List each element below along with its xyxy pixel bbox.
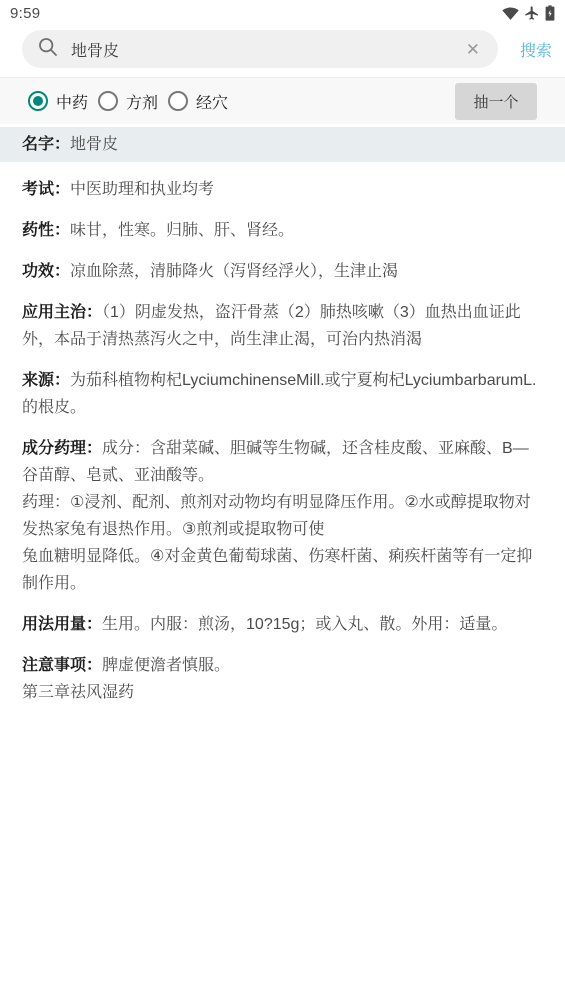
field-label: 名字： [22,136,70,153]
field-label: 药性： [22,222,70,239]
field-label: 注意事项： [22,657,102,674]
status-time: 9:59 [10,5,40,22]
radio-option-0[interactable]: 中药 [28,90,88,113]
entry-row-8: 注意事项：脾虚便澹者慎服。 第三章祛风湿药 [0,652,565,706]
field-label: 成分药理： [22,440,102,457]
radio-option-1[interactable]: 方剂 [98,90,158,113]
search-query[interactable]: 地骨皮 [71,38,464,61]
field-label: 用法用量： [22,616,102,633]
radio-selected-icon[interactable] [28,91,48,111]
entry-row-0: 名字：地骨皮 [0,127,565,162]
status-icons [502,5,555,21]
status-bar: 9:59 [0,0,565,24]
entry-row-4: 应用主治：（1）阴虚发热，盗汗骨蒸（2）肺热咳嗽（3）血热出血证此外，本品于清热… [0,299,565,353]
entry-row-7: 用法用量：生用。内服：煎汤，10?15g；或入丸、散。外用：适量。 [0,611,565,638]
radio-unselected-icon[interactable] [98,91,118,111]
field-label: 来源： [22,372,70,389]
category-radio-group: 中药方剂经穴 [28,90,455,113]
entry-row-1: 考试：中医助理和执业均考 [0,176,565,203]
clear-search-icon[interactable]: ✕ [464,41,482,58]
field-label: 功效： [22,263,70,280]
search-input[interactable]: 地骨皮 ✕ [22,30,498,68]
field-label: 应用主治： [22,304,102,321]
radio-dot [33,96,43,106]
radio-label: 方剂 [126,90,158,113]
entry-row-2: 药性：味甘，性寒。归肺、肝、肾经。 [0,217,565,244]
field-value: 地骨皮 [70,136,118,153]
radio-option-2[interactable]: 经穴 [168,90,228,113]
entry-row-5: 来源：为茄科植物枸杞LyciumchinenseMill.或宁夏枸杞Lycium… [0,367,565,421]
entry-row-3: 功效：凉血除蒸，清肺降火（泻肾经浮火），生津止渴 [0,258,565,285]
field-value: 凉血除蒸，清肺降火（泻肾经浮火），生津止渴 [70,263,398,280]
airplane-mode-icon [524,5,540,21]
field-value: 中医助理和执业均考 [70,181,214,198]
entry-detail: 名字：地骨皮考试：中医助理和执业均考药性：味甘，性寒。归肺、肝、肾经。功效：凉血… [0,124,565,706]
field-value: 味甘，性寒。归肺、肝、肾经。 [70,222,294,239]
battery-icon [545,5,555,21]
category-filter-row: 中药方剂经穴 抽一个 [0,77,565,124]
field-value: 为茄科植物枸杞LyciumchinenseMill.或宁夏枸杞Lyciumbar… [22,372,537,416]
entry-row-6: 成分药理：成分：含甜菜碱、胆碱等生物碱，还含桂皮酸、亚麻酸、B—谷苗醇、皂贰、亚… [0,435,565,597]
radio-label: 经穴 [196,90,228,113]
wifi-icon [502,6,519,21]
field-value: 生用。内服：煎汤，10?15g；或入丸、散。外用：适量。 [102,616,507,633]
draw-random-button[interactable]: 抽一个 [455,83,537,120]
search-icon [38,37,58,62]
radio-label: 中药 [56,90,88,113]
field-label: 考试： [22,181,70,198]
radio-unselected-icon[interactable] [168,91,188,111]
field-value: 成分：含甜菜碱、胆碱等生物碱，还含桂皮酸、亚麻酸、B—谷苗醇、皂贰、亚油酸等。 … [22,440,532,592]
app-screen: 9:59 地骨皮 ✕ 搜索 中药方 [0,0,565,1004]
search-row: 地骨皮 ✕ 搜索 [0,24,565,77]
search-button[interactable]: 搜索 [520,38,552,61]
